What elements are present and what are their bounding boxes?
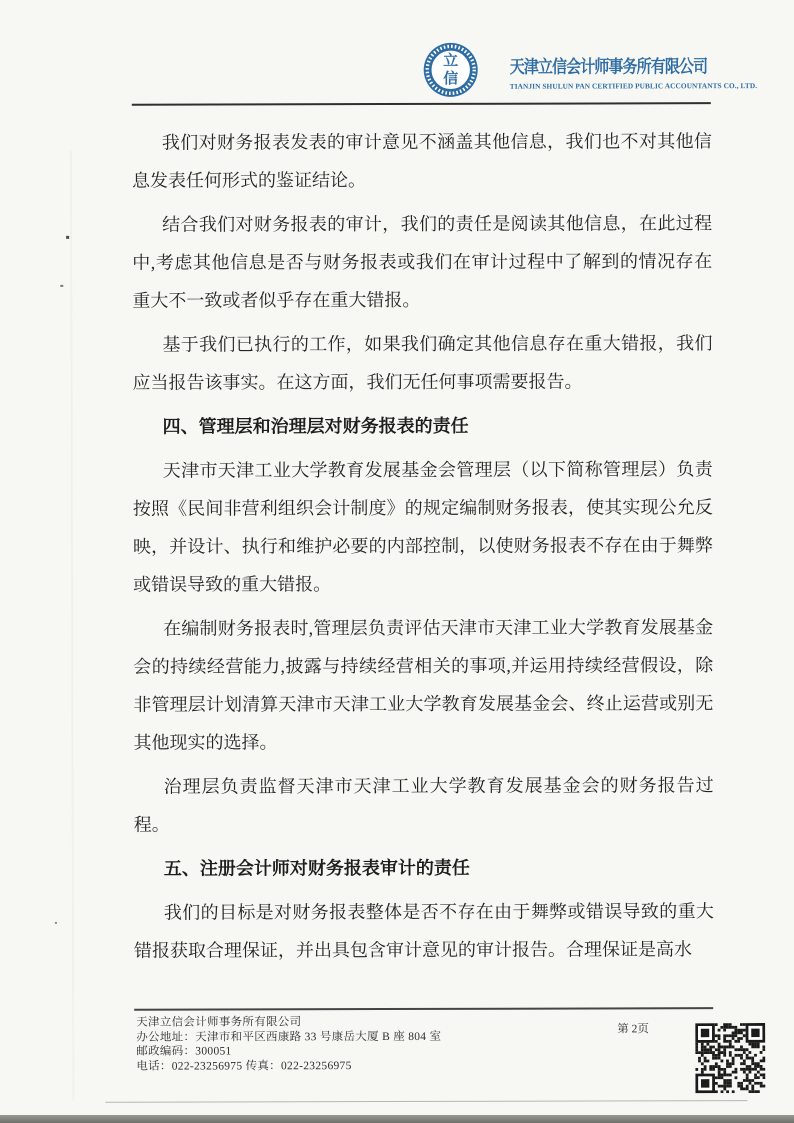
footer-address: 办公地址：天津市和平区西康路 33 号康岳大厦 B 座 804 室 (136, 1029, 441, 1044)
company-name-en: TIANJIN SHULUN PAN CERTIFIED PUBLIC ACCO… (510, 81, 715, 91)
footer-postcode: 邮政编码：300051 (136, 1044, 441, 1059)
logo-seal-icon: 立 信 (422, 41, 480, 99)
paragraph: 结合我们对财务报表的审计，我们的责任是阅读其他信息，在此过程中,考虑其他信息是否… (132, 204, 712, 320)
scan-crease (70, 151, 74, 1101)
company-name-cn: 天津立信会计师事务所有限公司 (510, 52, 703, 78)
section-heading-4: 四、管理层和治理层对财务报表的责任 (133, 406, 713, 446)
paragraph: 我们的目标是对财务报表整体是否不存在由于舞弊或错误导致的重大错报获取合理保证，并… (134, 892, 714, 970)
footer-company-name: 天津立信会计师事务所有限公司 (136, 1015, 441, 1030)
letterhead: 天津立信会计师事务所有限公司 TIANJIN SHULUN PAN CERTIF… (510, 52, 715, 91)
footer-phone-fax: 电话：022-23256975 传真：022-23256975 (136, 1059, 441, 1074)
logo-char-bottom: 信 (443, 69, 458, 87)
page-number: 第 2页 (617, 1020, 649, 1036)
section-heading-5: 五、注册会计师对财务报表审计的责任 (134, 848, 714, 888)
scanner-edge-band (0, 1115, 794, 1123)
paragraph: 基于我们已执行的工作，如果我们确定其他信息存在重大错报，我们应当报告该事实。在这… (132, 324, 712, 402)
scan-edge-line (105, 1100, 747, 1103)
paragraph: 天津市天津工业大学教育发展基金会管理层（以下简称管理层）负责按照《民间非营利组织… (133, 450, 713, 604)
paragraph: 我们对财务报表发表的审计意见不涵盖其他信息，我们也不对其他信息发表任何形式的鉴证… (132, 122, 712, 200)
paragraph: 在编制财务报表时,管理层负责评估天津市天津工业大学教育发展基金会的持续经营能力,… (133, 608, 713, 762)
footer-contact-block: 天津立信会计师事务所有限公司 办公地址：天津市和平区西康路 33 号康岳大厦 B… (136, 1015, 441, 1074)
logo-char-top: 立 (443, 51, 458, 69)
header-divider (132, 102, 711, 106)
scan-speck (66, 236, 69, 239)
scan-speck (55, 922, 57, 924)
qr-code (695, 1023, 765, 1093)
scan-speck (60, 285, 63, 287)
company-logo-icon: 立 信 (422, 41, 480, 99)
document-body: 我们对财务报表发表的审计意见不涵盖其他信息，我们也不对其他信息发表任何形式的鉴证… (132, 122, 714, 976)
paragraph: 治理层负责监督天津市天津工业大学教育发展基金会的财务报告过程。 (134, 766, 714, 844)
scanned-document-page: 立 信 天津立信会计师事务所有限公司 TIANJIN SHULUN PAN CE… (0, 0, 794, 1123)
footer-divider (134, 1007, 713, 1011)
